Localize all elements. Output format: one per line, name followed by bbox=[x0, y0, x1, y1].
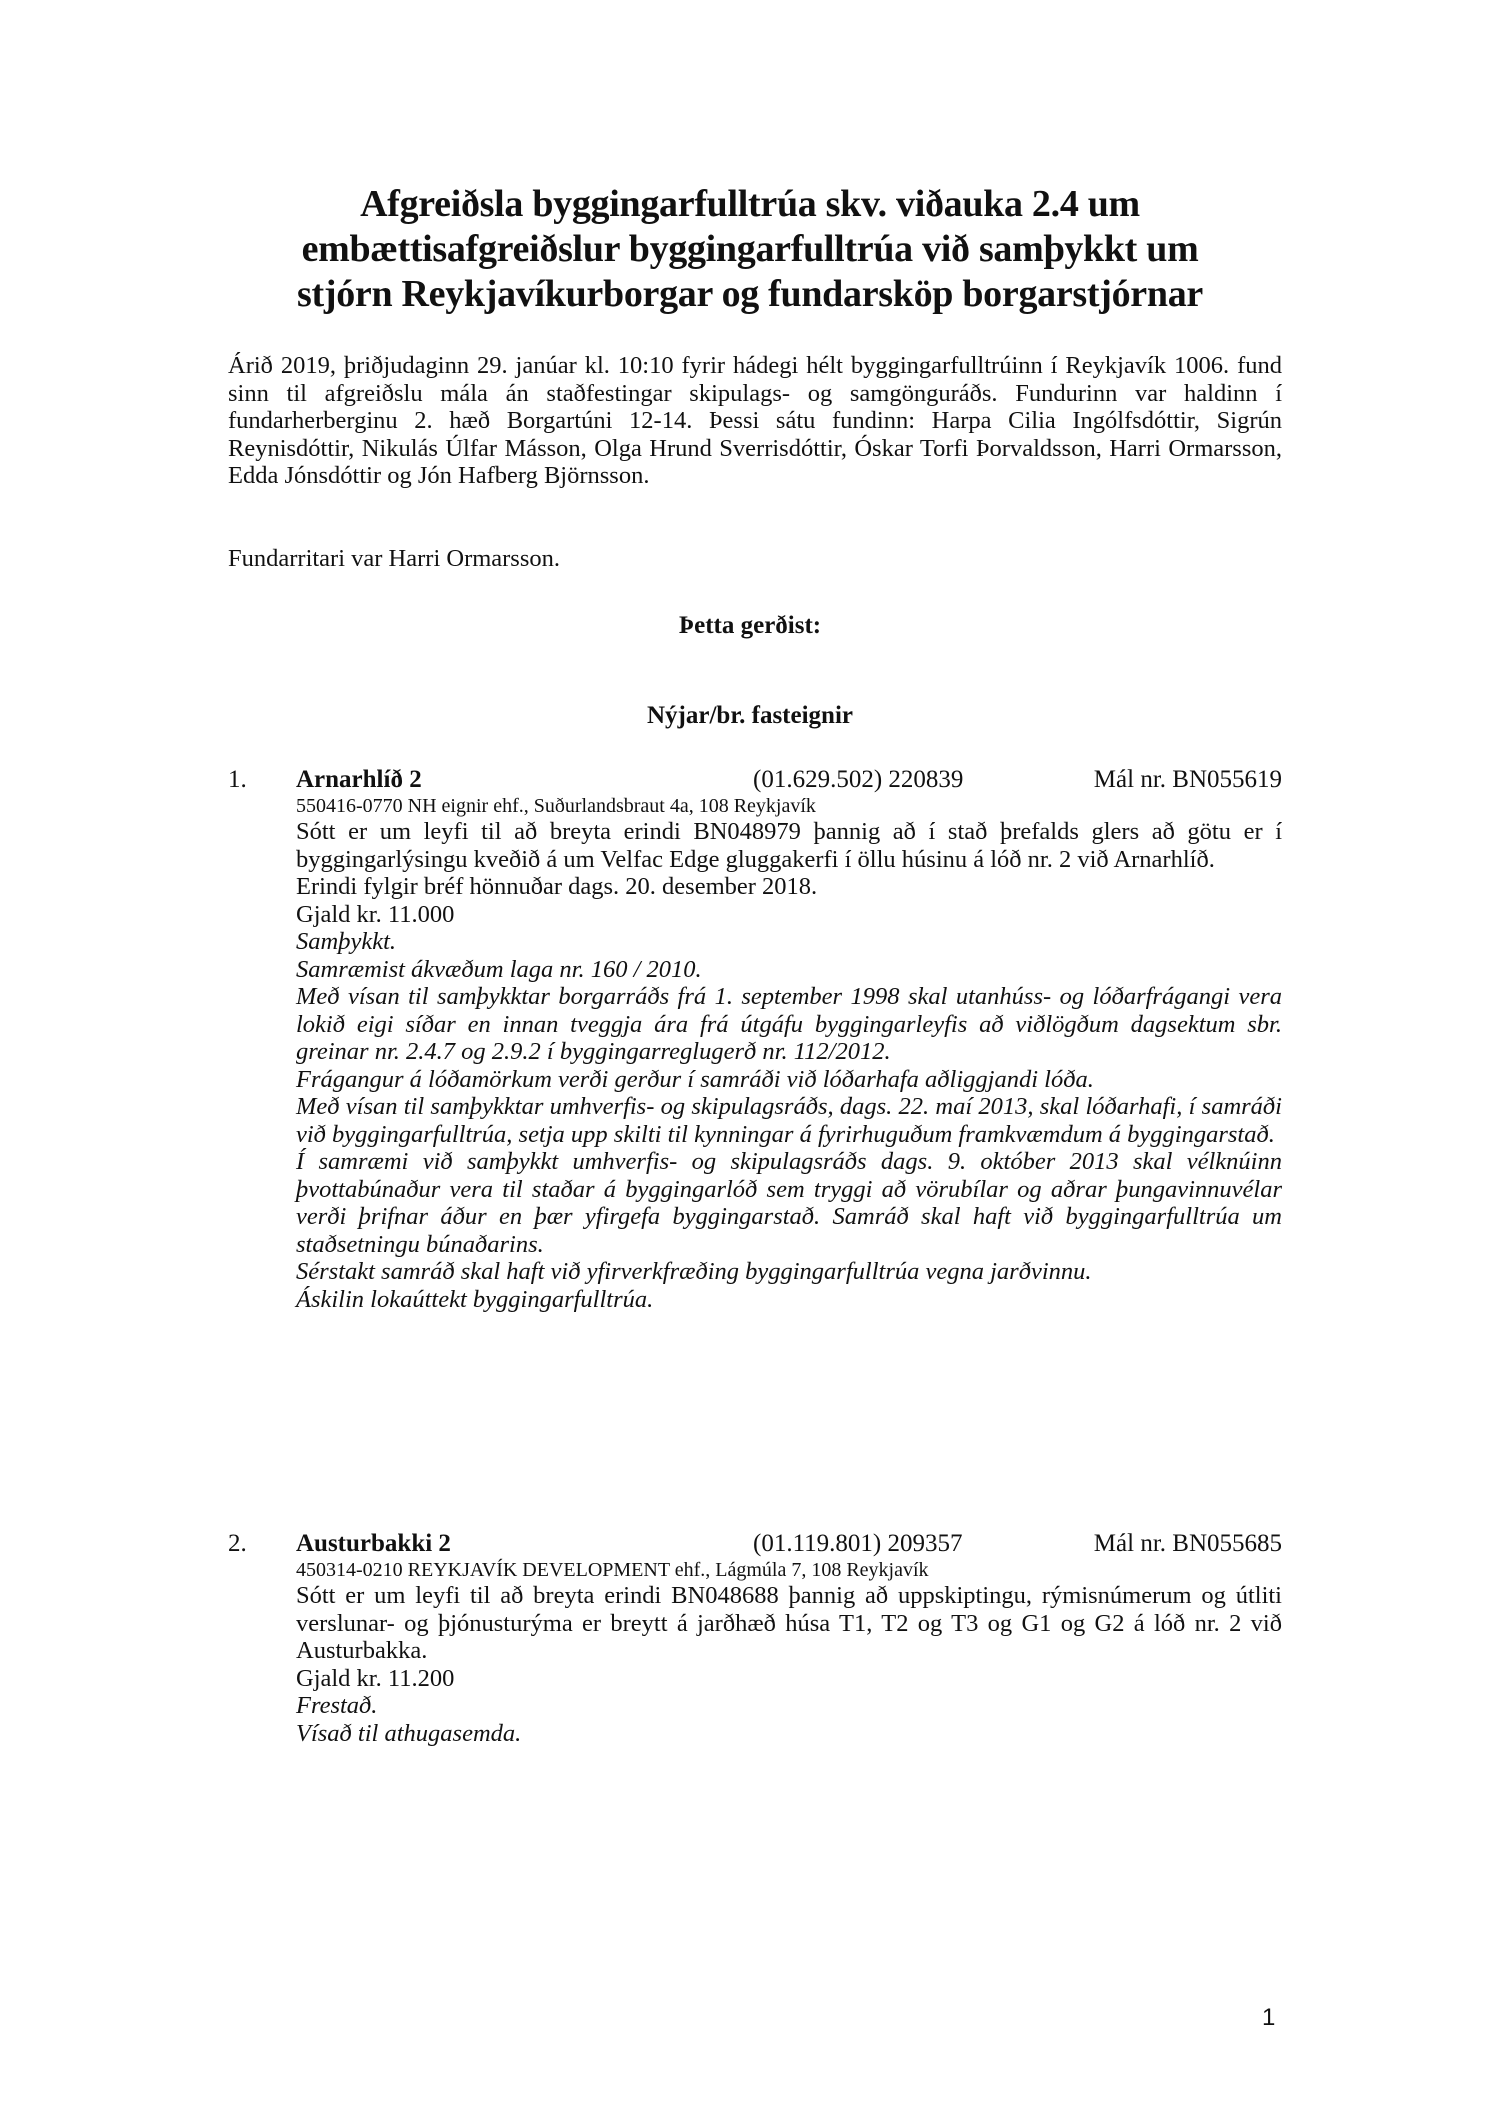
case-condition: Áskilin lokaúttekt byggingarfulltrúa. bbox=[296, 1286, 1282, 1314]
heading-happened: Þetta gerðist: bbox=[200, 612, 1300, 640]
case-condition: Frágangur á lóðamörkum verði gerður í sa… bbox=[296, 1066, 1282, 1094]
case-address: Arnarhlíð 2 bbox=[296, 766, 422, 794]
case-attachment: Erindi fylgir bréf hönnuðar dags. 20. de… bbox=[296, 873, 1282, 901]
case-condition: Í samræmi við samþykkt umhverfis- og ski… bbox=[296, 1148, 1282, 1258]
meeting-intro: Árið 2019, þriðjudaginn 29. janúar kl. 1… bbox=[228, 352, 1282, 490]
case-condition: Með vísan til samþykktar umhverfis- og s… bbox=[296, 1093, 1282, 1148]
case-body: 550416-0770 NH eignir ehf., Suðurlandsbr… bbox=[296, 794, 1282, 1313]
document-title: Afgreiðsla byggingarfulltrúa skv. viðauk… bbox=[200, 182, 1300, 317]
document-page: Afgreiðsla byggingarfulltrúa skv. viðauk… bbox=[0, 0, 1500, 2122]
case-condition: Vísað til athugasemda. bbox=[296, 1720, 1282, 1748]
case-description: Sótt er um leyfi til að breyta erindi BN… bbox=[296, 818, 1282, 873]
case-reference: Mál nr. BN055685 bbox=[1094, 1530, 1282, 1558]
case-lot-id: (01.119.801) 209357 bbox=[753, 1530, 962, 1558]
case-item: 1. Arnarhlíð 2 (01.629.502) 220839 Mál n… bbox=[228, 766, 1282, 1313]
title-line: embættisafgreiðslur byggingarfulltrúa vi… bbox=[200, 227, 1300, 272]
meeting-secretary: Fundarritari var Harri Ormarsson. bbox=[228, 545, 560, 573]
case-address: Austurbakki 2 bbox=[296, 1530, 451, 1558]
section-heading: Nýjar/br. fasteignir bbox=[200, 702, 1300, 730]
case-decision: Samþykkt. bbox=[296, 928, 1282, 956]
case-decision: Frestað. bbox=[296, 1692, 1282, 1720]
case-reference: Mál nr. BN055619 bbox=[1094, 766, 1282, 794]
case-applicant: 550416-0770 NH eignir ehf., Suðurlandsbr… bbox=[296, 794, 1282, 818]
case-number: 2. bbox=[228, 1530, 247, 1558]
case-item: 2. Austurbakki 2 (01.119.801) 209357 Mál… bbox=[228, 1530, 1282, 1747]
case-number: 1. bbox=[228, 766, 247, 794]
case-condition: Samræmist ákvæðum laga nr. 160 / 2010. bbox=[296, 956, 1282, 984]
case-header: 1. Arnarhlíð 2 (01.629.502) 220839 Mál n… bbox=[228, 766, 1282, 794]
case-description: Sótt er um leyfi til að breyta erindi BN… bbox=[296, 1582, 1282, 1665]
page-number: 1 bbox=[1262, 2004, 1275, 2032]
title-line: stjórn Reykjavíkurborgar og fundarsköp b… bbox=[200, 272, 1300, 317]
case-fee: Gjald kr. 11.200 bbox=[296, 1665, 1282, 1693]
case-condition: Sérstakt samráð skal haft við yfirverkfr… bbox=[296, 1258, 1282, 1286]
case-fee: Gjald kr. 11.000 bbox=[296, 901, 1282, 929]
case-header: 2. Austurbakki 2 (01.119.801) 209357 Mál… bbox=[228, 1530, 1282, 1558]
case-body: 450314-0210 REYKJAVÍK DEVELOPMENT ehf., … bbox=[296, 1558, 1282, 1747]
case-condition: Með vísan til samþykktar borgarráðs frá … bbox=[296, 983, 1282, 1066]
case-applicant: 450314-0210 REYKJAVÍK DEVELOPMENT ehf., … bbox=[296, 1558, 1282, 1582]
case-lot-id: (01.629.502) 220839 bbox=[753, 766, 963, 794]
title-line: Afgreiðsla byggingarfulltrúa skv. viðauk… bbox=[200, 182, 1300, 227]
